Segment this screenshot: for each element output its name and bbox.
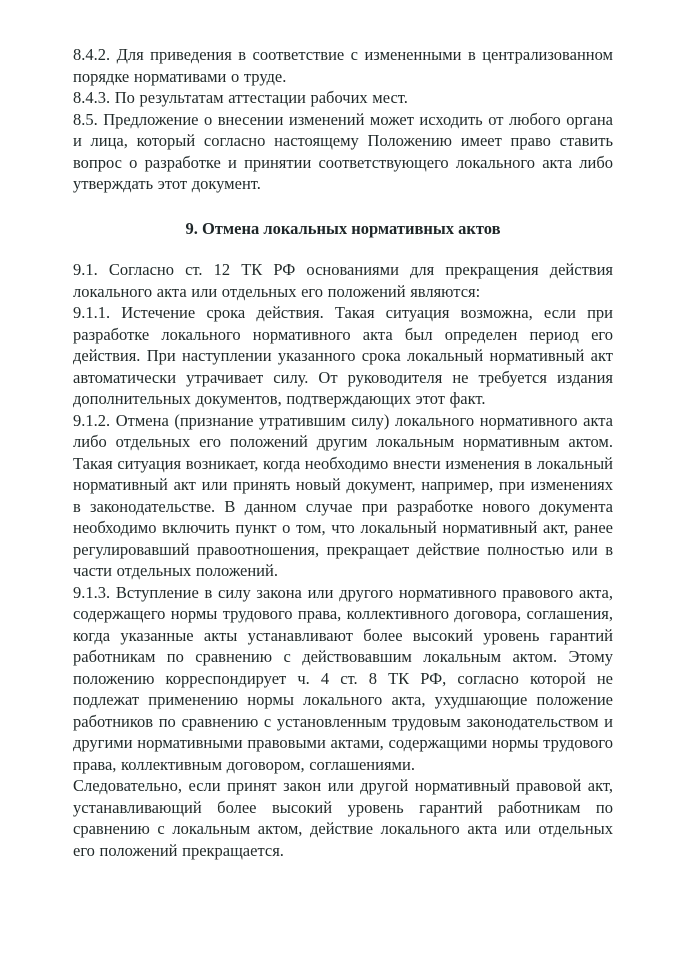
paragraph-8-4-2: 8.4.2. Для приведения в соответствие с и…: [73, 44, 613, 87]
document-page: 8.4.2. Для приведения в соответствие с и…: [0, 0, 680, 960]
paragraph-conclusion: Следовательно, если принят закон или дру…: [73, 775, 613, 861]
paragraph-9-1: 9.1. Согласно ст. 12 ТК РФ основаниями д…: [73, 259, 613, 302]
paragraph-8-5: 8.5. Предложение о внесении изменений мо…: [73, 109, 613, 195]
paragraph-9-1-2: 9.1.2. Отмена (признание утратившим силу…: [73, 410, 613, 582]
paragraph-9-1-1: 9.1.1. Истечение срока действия. Такая с…: [73, 302, 613, 410]
section-9-heading: 9. Отмена локальных нормативных актов: [73, 218, 613, 240]
paragraph-9-1-3: 9.1.3. Вступление в силу закона или друг…: [73, 582, 613, 776]
paragraph-8-4-3: 8.4.3. По результатам аттестации рабочих…: [73, 87, 613, 109]
